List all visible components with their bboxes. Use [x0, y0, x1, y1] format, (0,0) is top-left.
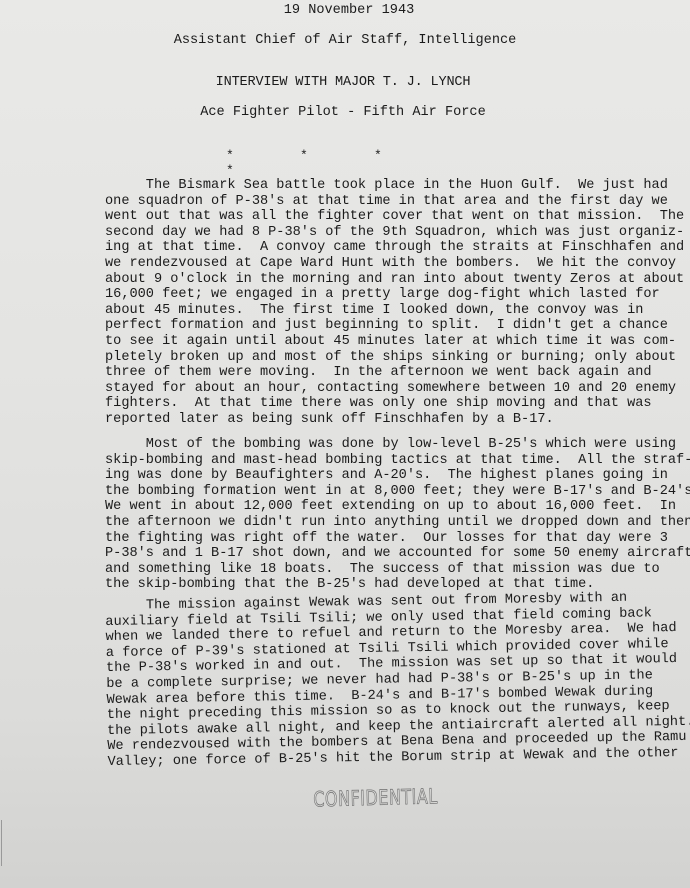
section-separator: **** [226, 148, 466, 178]
text-line: stayed for about an hour, contacting som… [105, 381, 685, 397]
text-line: one squadron of P-38's at that time in t… [105, 194, 685, 210]
scan-edge-mark [1, 820, 2, 866]
text-line: and something like 18 boats. The success… [105, 562, 685, 578]
text-line: the fighting was right off the water. Ou… [105, 531, 685, 547]
text-line: fighters. At that time there was only on… [105, 396, 685, 412]
text-line: about 45 minutes. The first time I looke… [105, 303, 685, 319]
text-line: second day we had 8 P-38's of the 9th Sq… [105, 225, 685, 241]
paragraph-wewak-mission: The mission against Wewak was sent out f… [105, 590, 688, 771]
text-line: 16,000 feet; we engaged in a pretty larg… [105, 287, 685, 303]
paragraph-bombing-tactics: Most of the bombing was done by low-leve… [105, 437, 685, 593]
text-line: skip-bombing and mast-head bombing tacti… [105, 453, 685, 469]
issuing-office: Assistant Chief of Air Staff, Intelligen… [0, 33, 690, 48]
confidential-stamp: CONFIDENTIAL [313, 784, 438, 812]
text-line: pletely broken up and most of the ships … [105, 350, 685, 366]
document-date: 19 November 1943 [4, 3, 690, 18]
text-line: ing was done by Beaufighters and A-20's.… [105, 468, 685, 484]
text-line: to see it again until about 45 minutes l… [105, 334, 685, 350]
text-line: Most of the bombing was done by low-leve… [105, 437, 685, 453]
text-line: we rendezvoused at Cape Ward Hunt with t… [105, 256, 685, 272]
text-line: about 9 o'clock in the morning and ran i… [105, 272, 685, 288]
document-subtitle: Ace Fighter Pilot - Fifth Air Force [0, 105, 688, 120]
text-line: ing at that time. A convoy came through … [105, 240, 685, 256]
text-line: the bombing formation went in at 8,000 f… [105, 484, 685, 500]
text-line: three of them were moving. In the aftern… [105, 365, 685, 381]
asterisk-icon: * [226, 148, 300, 163]
asterisk-icon: * [226, 163, 300, 178]
asterisk-icon: * [300, 148, 374, 163]
text-line: reported later as being sunk off Finschh… [105, 412, 685, 428]
text-line: perfect formation and just beginning to … [105, 318, 685, 334]
text-line: We went in about 12,000 feet extending o… [105, 499, 685, 515]
text-line: the afternoon we didn't run into anythin… [105, 515, 685, 531]
text-line: P-38's and 1 B-17 shot down, and we acco… [105, 546, 685, 562]
document-title: INTERVIEW WITH MAJOR T. J. LYNCH [0, 75, 688, 90]
text-line: went out that was all the fighter cover … [105, 209, 685, 225]
paragraph-bismark-sea: The Bismark Sea battle took place in the… [105, 178, 685, 428]
text-line: The Bismark Sea battle took place in the… [105, 178, 685, 194]
asterisk-icon: * [374, 148, 448, 163]
document-page: 19 November 1943 Assistant Chief of Air … [0, 0, 690, 888]
